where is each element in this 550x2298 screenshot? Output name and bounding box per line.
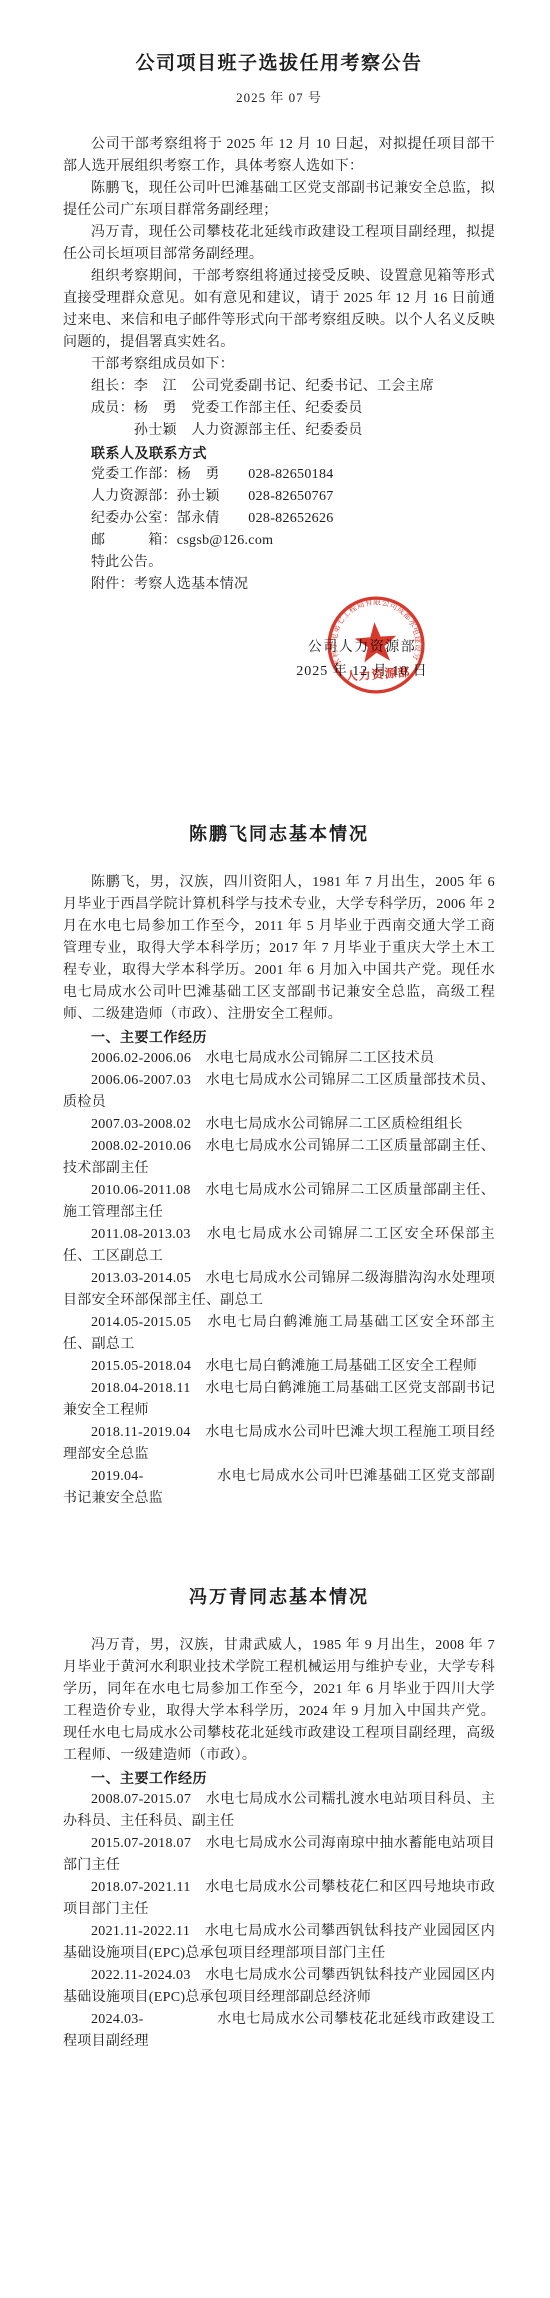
contact-heading: 联系人及联系方式 (63, 442, 495, 464)
work-history-item: 2008.02-2010.06 水电七局成水公司锦屏二工区质量部副主任、技术部副… (63, 1136, 495, 1180)
profile-intro: 冯万青，男，汉族，甘肃武威人，1985 年 9 月出生，2008 年 7 月毕业… (63, 1635, 495, 1767)
work-history-item: 2008.07-2015.07 水电七局成水公司糯扎渡水电站项目科员、主办科员、… (63, 1789, 495, 1833)
work-history-title: 一、主要工作经历 (63, 1767, 495, 1789)
profile-section-feng-wanqing: 冯万青同志基本情况 冯万青，男，汉族，甘肃武威人，1985 年 9 月出生，20… (63, 1583, 495, 2053)
contact-line-hr-dept: 人力资源部：孙士颖 028-82650767 (63, 486, 495, 508)
announcement-paragraph: 陈鹏飞，现任公司叶巴滩基础工区党支部副书记兼安全总监，拟提任公司广东项目群常务副… (63, 178, 495, 222)
profile-intro: 陈鹏飞，男，汉族，四川资阳人，1981 年 7 月出生，2005 年 6 月毕业… (63, 872, 495, 1026)
signature-org: 公司人力资源部 (266, 636, 458, 660)
work-history-item: 2021.11-2022.11 水电七局成水公司攀西钒钛科技产业园园区内基础设施… (63, 1921, 495, 1965)
document-number: 2025 年 07 号 (63, 87, 495, 106)
work-history-item: 2006.02-2006.06 水电七局成水公司锦屏二工区技术员 (63, 1048, 495, 1070)
work-history-item: 2013.03-2014.05 水电七局成水公司锦屏二级海腊沟沟水处理项目部安全… (63, 1268, 495, 1312)
work-history-item: 2018.04-2018.11 水电七局白鹤滩施工局基础工区党支部副书记兼安全工… (63, 1378, 495, 1422)
work-history-item: 2015.07-2018.07 水电七局成水公司海南琼中抽水蓄能电站项目部门主任 (63, 1833, 495, 1877)
work-history-title: 一、主要工作经历 (63, 1026, 495, 1048)
work-history-item: 2018.11-2019.04 水电七局成水公司叶巴滩大坝工程施工项目经理部安全… (63, 1422, 495, 1466)
announcement-paragraph: 冯万青，现任公司攀枝花北延线市政建设工程项目副经理，拟提任公司长垣项目部常务副经… (63, 222, 495, 266)
profile-heading: 冯万青同志基本情况 (63, 1583, 495, 1609)
closing-line: 特此公告。 (63, 552, 495, 574)
announcement-paragraph: 干部考察组成员如下： (63, 354, 495, 376)
contact-line-party-work-dept: 党委工作部：杨 勇 028-82650184 (63, 464, 495, 486)
announcement-paragraph: 公司干部考察组将于 2025 年 12 月 10 日起，对拟提任项目部干部人选开… (63, 134, 495, 178)
work-history-item: 2019.04- 水电七局成水公司叶巴滩基础工区党支部副书记兼安全总监 (63, 1466, 495, 1510)
work-history-item: 2007.03-2008.02 水电七局成水公司锦屏二工区质检组组长 (63, 1114, 495, 1136)
inspection-group-member: 成员：杨 勇 党委工作部主任、纪委委员 (63, 398, 495, 420)
work-history-item: 2006.06-2007.03 水电七局成水公司锦屏二工区质量部技术员、质检员 (63, 1070, 495, 1114)
work-history-item: 2015.05-2018.04 水电七局白鹤滩施工局基础工区安全工程师 (63, 1356, 495, 1378)
announcement-paragraph: 组织考察期间，干部考察组将通过接受反映、设置意见箱等形式直接受理群众意见。如有意… (63, 266, 495, 354)
work-history-item: 2022.11-2024.03 水电七局成水公司攀西钒钛科技产业园园区内基础设施… (63, 1965, 495, 2009)
contact-line-discipline-office: 纪委办公室：郜永倩 028-82652626 (63, 508, 495, 530)
signature-block: 公司人力资源部 2025 年 12 月 10 日 (266, 636, 458, 684)
inspection-group-leader: 组长：李 江 公司党委副书记、纪委书记、工会主席 (63, 376, 495, 398)
announcement-section: 公司项目班子选拔任用考察公告 2025 年 07 号 公司干部考察组将于 202… (63, 48, 495, 596)
work-history-item: 2010.06-2011.08 水电七局成水公司锦屏二工区质量部副主任、施工管理… (63, 1180, 495, 1224)
work-history-item: 2018.07-2021.11 水电七局成水公司攀枝花仁和区四号地块市政项目部门… (63, 1877, 495, 1921)
work-history-item: 2014.05-2015.05 水电七局白鹤滩施工局基础工区安全环部主任、副总工 (63, 1312, 495, 1356)
attachment-line: 附件：考察人选基本情况 (63, 574, 495, 596)
inspection-group-member: 孙士颖 人力资源部主任、纪委委员 (63, 420, 495, 442)
document-page: 公司项目班子选拔任用考察公告 2025 年 07 号 公司干部考察组将于 202… (0, 0, 550, 2298)
profile-section-chen-pengfei: 陈鹏飞同志基本情况 陈鹏飞，男，汉族，四川资阳人，1981 年 7 月出生，20… (63, 820, 495, 1510)
work-history-item: 2024.03- 水电七局成水公司攀枝花北延线市政建设工程项目副经理 (63, 2009, 495, 2053)
work-history-item: 2011.08-2013.03 水电七局成水公司锦屏二工区安全环保部主任、工区副… (63, 1224, 495, 1268)
document-title: 公司项目班子选拔任用考察公告 (63, 48, 495, 75)
signature-date: 2025 年 12 月 10 日 (266, 660, 458, 684)
contact-line-email: 邮 箱：csgsb@126.com (63, 530, 495, 552)
profile-heading: 陈鹏飞同志基本情况 (63, 820, 495, 846)
